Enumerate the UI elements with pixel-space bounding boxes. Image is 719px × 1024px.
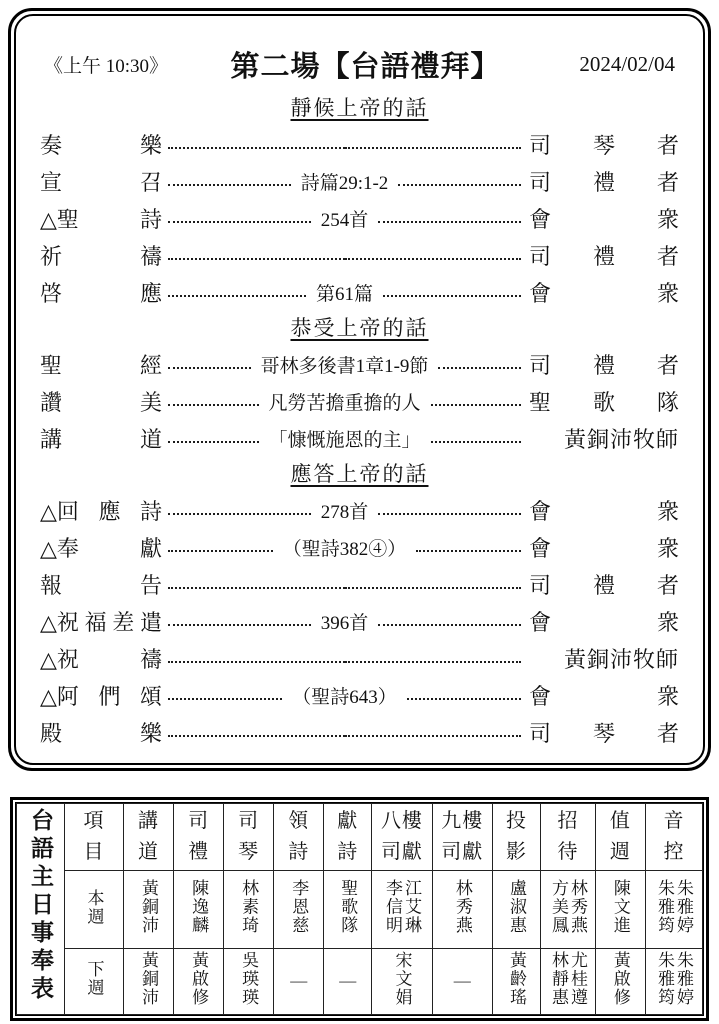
duty-cell: 本週 — [65, 871, 124, 949]
duty-name: 黃啟修 — [189, 951, 208, 1007]
duty-column-header: 九樓司獻 — [432, 804, 492, 871]
program-item-char: 召 — [140, 166, 162, 197]
duty-names: 林素琦 — [239, 879, 258, 935]
dotted-leader: 詩篇29:1-2 — [168, 168, 521, 195]
leader-dots — [168, 624, 311, 626]
leader-dots — [168, 367, 251, 369]
leader-dots — [168, 147, 345, 149]
duty-header-line: 詩 — [274, 837, 323, 868]
program-role: 司禮者 — [529, 166, 679, 197]
program-role-char: 會 — [529, 277, 551, 308]
program-role-char: 會 — [529, 532, 551, 563]
program-item-char: 啓 — [40, 277, 62, 308]
duty-column-header: 值週 — [595, 804, 645, 871]
dotted-leader: 396首 — [168, 608, 521, 635]
duty-header-line: 司獻 — [433, 837, 492, 868]
duty-name: 林素琦 — [239, 879, 258, 935]
program-row: △祝禱黃銅沛牧師 — [40, 640, 679, 677]
duty-name: 宋文娟 — [392, 951, 411, 1007]
program-role-char: 司 — [529, 717, 551, 748]
duty-header-line: 禮 — [174, 837, 223, 868]
program-item-char: △聖 — [40, 203, 79, 234]
duty-column-header: 項目 — [65, 804, 124, 871]
duty-table-title-cell: 台語主日事奉表 — [17, 804, 65, 1015]
leader-dots — [345, 147, 522, 149]
program-role: 司禮者 — [529, 569, 679, 600]
program-role-char: 司 — [529, 240, 551, 271]
duty-name: 黃銅沛 — [139, 951, 158, 1007]
program-role-char: 者 — [657, 240, 679, 271]
program-role-char: 者 — [657, 129, 679, 160]
dotted-leader: 凡勞苦擔重擔的人 — [168, 388, 521, 415]
duty-empty-dash: — — [339, 971, 356, 990]
duty-name: 黃齡瑤 — [507, 951, 526, 1007]
duty-name: 方美鳳 — [549, 879, 568, 935]
program-row: △奉獻（聖詩382④）會衆 — [40, 529, 679, 566]
duty-cell: — — [324, 949, 372, 1015]
program-role-char: 琴 — [593, 129, 615, 160]
program-item-label: △聖詩 — [40, 203, 162, 234]
duty-cell: 黃齡瑤 — [492, 949, 540, 1015]
duty-header-line: 音 — [646, 806, 702, 837]
duty-column-header: 音控 — [645, 804, 702, 871]
duty-header-line: 詩 — [324, 837, 371, 868]
program-role-char: 隊 — [657, 386, 679, 417]
duty-names: 陳文進 — [611, 879, 630, 935]
leader-dots — [168, 587, 345, 589]
duty-names: 吳瑛瑛 — [239, 951, 258, 1007]
program-item-char: 詩 — [140, 203, 162, 234]
leader-dots — [168, 513, 311, 515]
program-role-char: 衆 — [657, 495, 679, 526]
duty-column-header: 講道 — [124, 804, 174, 871]
duty-roster-box: 台語主日事奉表 項目講道司禮司琴領詩獻詩八樓司獻九樓司獻投影招待值週音控 本週黃… — [10, 797, 709, 1021]
program-item-char: 美 — [140, 386, 162, 417]
duty-name: 朱雅婷 — [674, 879, 693, 935]
program-row: 講道「慷慨施恩的主」黃銅沛牧師 — [40, 420, 679, 457]
duty-header-line: 值 — [596, 806, 645, 837]
program-item-char: △回 — [40, 495, 79, 526]
program-row: 祈禱司禮者 — [40, 237, 679, 274]
order-of-worship-box: 《上午 10:30》 第二場【台語禮拜】 2024/02/04 靜候上帝的話奏樂… — [8, 8, 711, 771]
duty-names: 黃銅沛 — [139, 879, 158, 935]
duty-header-line: 項 — [65, 806, 123, 837]
duty-column-header: 領詩 — [274, 804, 324, 871]
program-role: 會衆 — [529, 203, 679, 234]
duty-names: 黃齡瑤 — [507, 951, 526, 1007]
duty-name: 吳瑛瑛 — [239, 951, 258, 1007]
duty-header-line: 待 — [541, 837, 595, 868]
duty-name: 林靜惠 — [549, 951, 568, 1007]
duty-empty-dash: — — [454, 971, 471, 990]
leader-dots — [168, 184, 291, 186]
program-row: 宣召詩篇29:1-2司禮者 — [40, 163, 679, 200]
program-item-label: △祝福差遣 — [40, 606, 162, 637]
leader-dots — [168, 698, 282, 700]
duty-header-line: 司 — [174, 806, 223, 837]
program-item-label: △回應詩 — [40, 495, 162, 526]
duty-cell: 陳文進 — [595, 871, 645, 949]
duty-header-line: 招 — [541, 806, 595, 837]
program-role: 會衆 — [529, 532, 679, 563]
duty-name: 朱雅婷 — [674, 951, 693, 1007]
program-item-char: 祈 — [40, 240, 62, 271]
duty-names: 林秀燕方美鳳 — [549, 879, 587, 935]
program-row: △阿們頌（聖詩643）會衆 — [40, 677, 679, 714]
dotted-leader: （聖詩382④） — [168, 534, 521, 561]
program-role: 司琴者 — [529, 129, 679, 160]
duty-name: 陳文進 — [611, 879, 630, 935]
program-role: 會衆 — [529, 680, 679, 711]
leader-dots — [168, 295, 306, 297]
duty-names: 朱雅婷朱雅筠 — [655, 951, 693, 1007]
program-role: 會衆 — [529, 277, 679, 308]
program-item-char: △祝 — [40, 606, 79, 637]
order-of-worship: 靜候上帝的話奏樂司琴者宣召詩篇29:1-2司禮者△聖詩254首會衆祈禱司禮者啓應… — [40, 91, 679, 751]
program-role-char: 者 — [657, 166, 679, 197]
dotted-leader: 278首 — [168, 497, 521, 524]
dotted-leader — [168, 658, 521, 660]
dotted-leader — [168, 584, 521, 586]
duty-column-header: 招待 — [541, 804, 596, 871]
duty-roster-table: 台語主日事奉表 項目講道司禮司琴領詩獻詩八樓司獻九樓司獻投影招待值週音控 本週黃… — [16, 803, 703, 1015]
program-item-char: 殿 — [40, 717, 62, 748]
duty-table-title: 台語主日事奉表 — [29, 808, 52, 1004]
program-item-label: △奉獻 — [40, 532, 162, 563]
duty-header-line: 影 — [493, 837, 540, 868]
program-row: 殿樂司琴者 — [40, 714, 679, 751]
program-item-label: △祝禱 — [40, 643, 162, 674]
service-title: 第二場【台語禮拜】 — [176, 44, 555, 85]
program-item-char: 聖 — [40, 349, 62, 380]
program-detail: 哥林多後書1章1-9節 — [251, 351, 439, 378]
program-item-label: 奏樂 — [40, 129, 162, 160]
program-role: 司禮者 — [529, 349, 679, 380]
program-role-char: 會 — [529, 680, 551, 711]
duty-header-line: 道 — [124, 837, 173, 868]
leader-dots — [168, 221, 311, 223]
program-row: 讚美凡勞苦擔重擔的人聖歌隊 — [40, 383, 679, 420]
program-role-char: 衆 — [657, 532, 679, 563]
leader-dots — [378, 513, 521, 515]
program-role-char: 禮 — [593, 240, 615, 271]
duty-name: 李信明 — [383, 879, 402, 935]
duty-cell: 李恩慈 — [274, 871, 324, 949]
program-role-char: 司 — [529, 129, 551, 160]
program-role: 司琴者 — [529, 717, 679, 748]
program-item-label: 祈禱 — [40, 240, 162, 271]
duty-cell: 林素琦 — [224, 871, 274, 949]
duty-name: 黃銅沛 — [139, 879, 158, 935]
program-item-char: 講 — [40, 423, 62, 454]
duty-cell: 陳逸麟 — [174, 871, 224, 949]
program-item-label: 講道 — [40, 423, 162, 454]
program-role-char: 衆 — [657, 277, 679, 308]
program-item-char: △阿 — [40, 680, 79, 711]
leader-dots — [398, 184, 521, 186]
duty-header-line: 投 — [493, 806, 540, 837]
program-role-char: 衆 — [657, 203, 679, 234]
program-item-char: 頌 — [140, 680, 162, 711]
duty-name: 朱雅筠 — [655, 879, 674, 935]
program-detail: 詩篇29:1-2 — [291, 168, 399, 195]
leader-dots — [345, 258, 522, 260]
duty-cell: 吳瑛瑛 — [224, 949, 274, 1015]
program-role: 聖歌隊 — [529, 386, 679, 417]
duty-cell: 尤桂遵林靜惠 — [541, 949, 596, 1015]
leader-dots — [431, 441, 522, 443]
program-detail: （聖詩382④） — [273, 534, 417, 561]
program-role-char: 司 — [529, 569, 551, 600]
program-item-char: 應 — [140, 277, 162, 308]
duty-names: 林秀燕 — [453, 879, 472, 935]
duty-names: 李恩慈 — [289, 879, 308, 935]
duty-name: 陳逸麟 — [189, 879, 208, 935]
duty-column-header: 司琴 — [224, 804, 274, 871]
duty-header-line: 九樓 — [433, 806, 492, 837]
duty-names: 下週 — [84, 960, 103, 997]
program-item-char: 獻 — [140, 532, 162, 563]
duty-names: 黃啟修 — [189, 951, 208, 1007]
duty-column-header: 投影 — [492, 804, 540, 871]
duty-header-line: 獻 — [324, 806, 371, 837]
leader-dots — [168, 735, 345, 737]
duty-name: 聖歌隊 — [338, 879, 357, 935]
dotted-leader: 哥林多後書1章1-9節 — [168, 351, 521, 378]
leader-dots — [383, 295, 521, 297]
program-detail: 「慷慨施恩的主」 — [259, 425, 431, 452]
duty-names: 朱雅婷朱雅筠 — [655, 879, 693, 935]
duty-header-line: 司 — [224, 806, 273, 837]
program-item-char: 宣 — [40, 166, 62, 197]
program-item-label: △阿們頌 — [40, 680, 162, 711]
program-item-char: 禱 — [140, 240, 162, 271]
program-item-char: 讚 — [40, 386, 62, 417]
program-header: 《上午 10:30》 第二場【台語禮拜】 2024/02/04 — [40, 30, 679, 91]
program-item-char: 福 — [85, 606, 107, 637]
program-detail: 凡勞苦擔重擔的人 — [259, 388, 431, 415]
leader-dots — [168, 404, 259, 406]
program-role-char: 禮 — [593, 166, 615, 197]
program-detail: 254首 — [311, 205, 379, 232]
leader-dots — [378, 221, 521, 223]
program-role-char: 者 — [657, 569, 679, 600]
program-item-label: 啓應 — [40, 277, 162, 308]
duty-cell: 朱雅婷朱雅筠 — [645, 949, 702, 1015]
duty-name: 尤桂遵 — [568, 951, 587, 1007]
duty-roster-box-inner: 台語主日事奉表 項目講道司禮司琴領詩獻詩八樓司獻九樓司獻投影招待值週音控 本週黃… — [15, 802, 704, 1016]
duty-names: 聖歌隊 — [338, 879, 357, 935]
duty-cell: 宋文娟 — [372, 949, 432, 1015]
program-role-char: 會 — [529, 606, 551, 637]
duty-names: 黃銅沛 — [139, 951, 158, 1007]
duty-names: 陳逸麟 — [189, 879, 208, 935]
program-role-char: 歌 — [593, 386, 615, 417]
leader-dots — [416, 550, 521, 552]
program-item-label: 讚美 — [40, 386, 162, 417]
leader-dots — [168, 258, 345, 260]
program-item-char: 應 — [98, 495, 120, 526]
program-item-label: 殿樂 — [40, 717, 162, 748]
program-role: 會衆 — [529, 606, 679, 637]
duty-name: 盧淑惠 — [507, 879, 526, 935]
program-row: 啓應第61篇會衆 — [40, 274, 679, 311]
program-role-char: 禮 — [593, 349, 615, 380]
duty-cell: 聖歌隊 — [324, 871, 372, 949]
program-role-char: 衆 — [657, 606, 679, 637]
duty-cell: — — [432, 949, 492, 1015]
program-detail: 278首 — [311, 497, 379, 524]
duty-cell: — — [274, 949, 324, 1015]
leader-dots — [378, 624, 521, 626]
program-row: 聖經哥林多後書1章1-9節司禮者 — [40, 346, 679, 383]
duty-cell: 朱雅婷朱雅筠 — [645, 871, 702, 949]
program-role-char: 禮 — [593, 569, 615, 600]
program-row: △聖詩254首會衆 — [40, 200, 679, 237]
duty-cell: 林秀燕 — [432, 871, 492, 949]
program-role-char: 司 — [529, 349, 551, 380]
dotted-leader — [168, 144, 521, 146]
program-role-char: 黃銅沛牧師 — [564, 423, 679, 454]
dotted-leader: 第61篇 — [168, 279, 521, 306]
service-date: 2024/02/04 — [555, 52, 675, 77]
leader-dots — [438, 367, 521, 369]
program-role: 黃銅沛牧師 — [529, 643, 679, 674]
program-detail: （聖詩643） — [282, 682, 407, 709]
order-of-worship-box-inner: 《上午 10:30》 第二場【台語禮拜】 2024/02/04 靜候上帝的話奏樂… — [14, 14, 705, 765]
dotted-leader — [168, 255, 521, 257]
program-item-char: 報 — [40, 569, 62, 600]
program-role-char: 會 — [529, 203, 551, 234]
duty-header-line: 領 — [274, 806, 323, 837]
duty-column-header: 八樓司獻 — [372, 804, 432, 871]
duty-column-header: 獻詩 — [324, 804, 372, 871]
leader-dots — [431, 404, 522, 406]
program-role: 會衆 — [529, 495, 679, 526]
duty-name: 江艾琳 — [402, 879, 421, 935]
leader-dots — [345, 661, 522, 663]
leader-dots — [168, 661, 345, 663]
program-item-label: 報告 — [40, 569, 162, 600]
program-role-char: 司 — [529, 166, 551, 197]
duty-cell: 盧淑惠 — [492, 871, 540, 949]
program-role-char: 琴 — [593, 717, 615, 748]
duty-name: 本週 — [84, 889, 103, 926]
program-item-char: △祝 — [40, 643, 79, 674]
duty-cell: 江艾琳李信明 — [372, 871, 432, 949]
program-item-char: 樂 — [140, 129, 162, 160]
bulletin-page: 《上午 10:30》 第二場【台語禮拜】 2024/02/04 靜候上帝的話奏樂… — [0, 0, 719, 1024]
program-item-char: 詩 — [140, 495, 162, 526]
duty-name: 林秀燕 — [568, 879, 587, 935]
duty-cell: 林秀燕方美鳳 — [541, 871, 596, 949]
section-heading: 靜候上帝的話 — [40, 91, 679, 126]
program-item-char: 禱 — [140, 643, 162, 674]
program-item-label: 宣召 — [40, 166, 162, 197]
duty-names: 本週 — [84, 889, 103, 926]
program-item-char: 奏 — [40, 129, 62, 160]
duty-names: 江艾琳李信明 — [383, 879, 421, 935]
leader-dots — [345, 735, 522, 737]
duty-header-line: 控 — [646, 837, 702, 868]
program-item-char: 經 — [140, 349, 162, 380]
program-role-char: 聖 — [529, 386, 551, 417]
duty-column-header: 司禮 — [174, 804, 224, 871]
program-item-char: 道 — [140, 423, 162, 454]
duty-names: 盧淑惠 — [507, 879, 526, 935]
program-item-char: 樂 — [140, 717, 162, 748]
program-role-char: 者 — [657, 717, 679, 748]
duty-name: 下週 — [84, 960, 103, 997]
program-role-char: 者 — [657, 349, 679, 380]
program-row: △回應詩278首會衆 — [40, 492, 679, 529]
duty-header-line: 講 — [124, 806, 173, 837]
duty-names: 宋文娟 — [392, 951, 411, 1007]
duty-empty-dash: — — [290, 971, 307, 990]
duty-header-line: 琴 — [224, 837, 273, 868]
program-item-label: 聖經 — [40, 349, 162, 380]
program-item-char: 告 — [140, 569, 162, 600]
duty-names: 黃啟修 — [611, 951, 630, 1007]
dotted-leader — [168, 732, 521, 734]
duty-header-line: 週 — [596, 837, 645, 868]
program-role-char: 黃銅沛牧師 — [564, 643, 679, 674]
duty-cell: 黃啟修 — [174, 949, 224, 1015]
leader-dots — [168, 550, 273, 552]
program-role: 司禮者 — [529, 240, 679, 271]
program-role-char: 會 — [529, 495, 551, 526]
leader-dots — [168, 441, 259, 443]
duty-cell: 黃啟修 — [595, 949, 645, 1015]
program-row: △祝福差遣396首會衆 — [40, 603, 679, 640]
duty-header-line: 八樓 — [372, 806, 431, 837]
duty-name: 黃啟修 — [611, 951, 630, 1007]
duty-header-line: 司獻 — [372, 837, 431, 868]
duty-name: 林秀燕 — [453, 879, 472, 935]
leader-dots — [345, 587, 522, 589]
service-time: 《上午 10:30》 — [44, 51, 176, 78]
dotted-leader: 「慷慨施恩的主」 — [168, 425, 521, 452]
duty-name: 朱雅筠 — [655, 951, 674, 1007]
program-detail: 第61篇 — [306, 279, 383, 306]
duty-names: 尤桂遵林靜惠 — [549, 951, 587, 1007]
duty-name: 李恩慈 — [289, 879, 308, 935]
dotted-leader: 254首 — [168, 205, 521, 232]
program-detail: 396首 — [311, 608, 379, 635]
program-item-char: 們 — [98, 680, 120, 711]
duty-cell: 下週 — [65, 949, 124, 1015]
section-heading: 恭受上帝的話 — [40, 311, 679, 346]
duty-cell: 黃銅沛 — [124, 949, 174, 1015]
program-role: 黃銅沛牧師 — [529, 423, 679, 454]
program-role-char: 衆 — [657, 680, 679, 711]
program-row: 奏樂司琴者 — [40, 126, 679, 163]
leader-dots — [407, 698, 521, 700]
program-item-char: 遣 — [140, 606, 162, 637]
program-row: 報告司禮者 — [40, 566, 679, 603]
duty-header-line: 目 — [65, 837, 123, 868]
duty-cell: 黃銅沛 — [124, 871, 174, 949]
dotted-leader: （聖詩643） — [168, 682, 521, 709]
program-item-char: 差 — [112, 606, 134, 637]
program-item-char: △奉 — [40, 532, 79, 563]
section-heading: 應答上帝的話 — [40, 457, 679, 492]
